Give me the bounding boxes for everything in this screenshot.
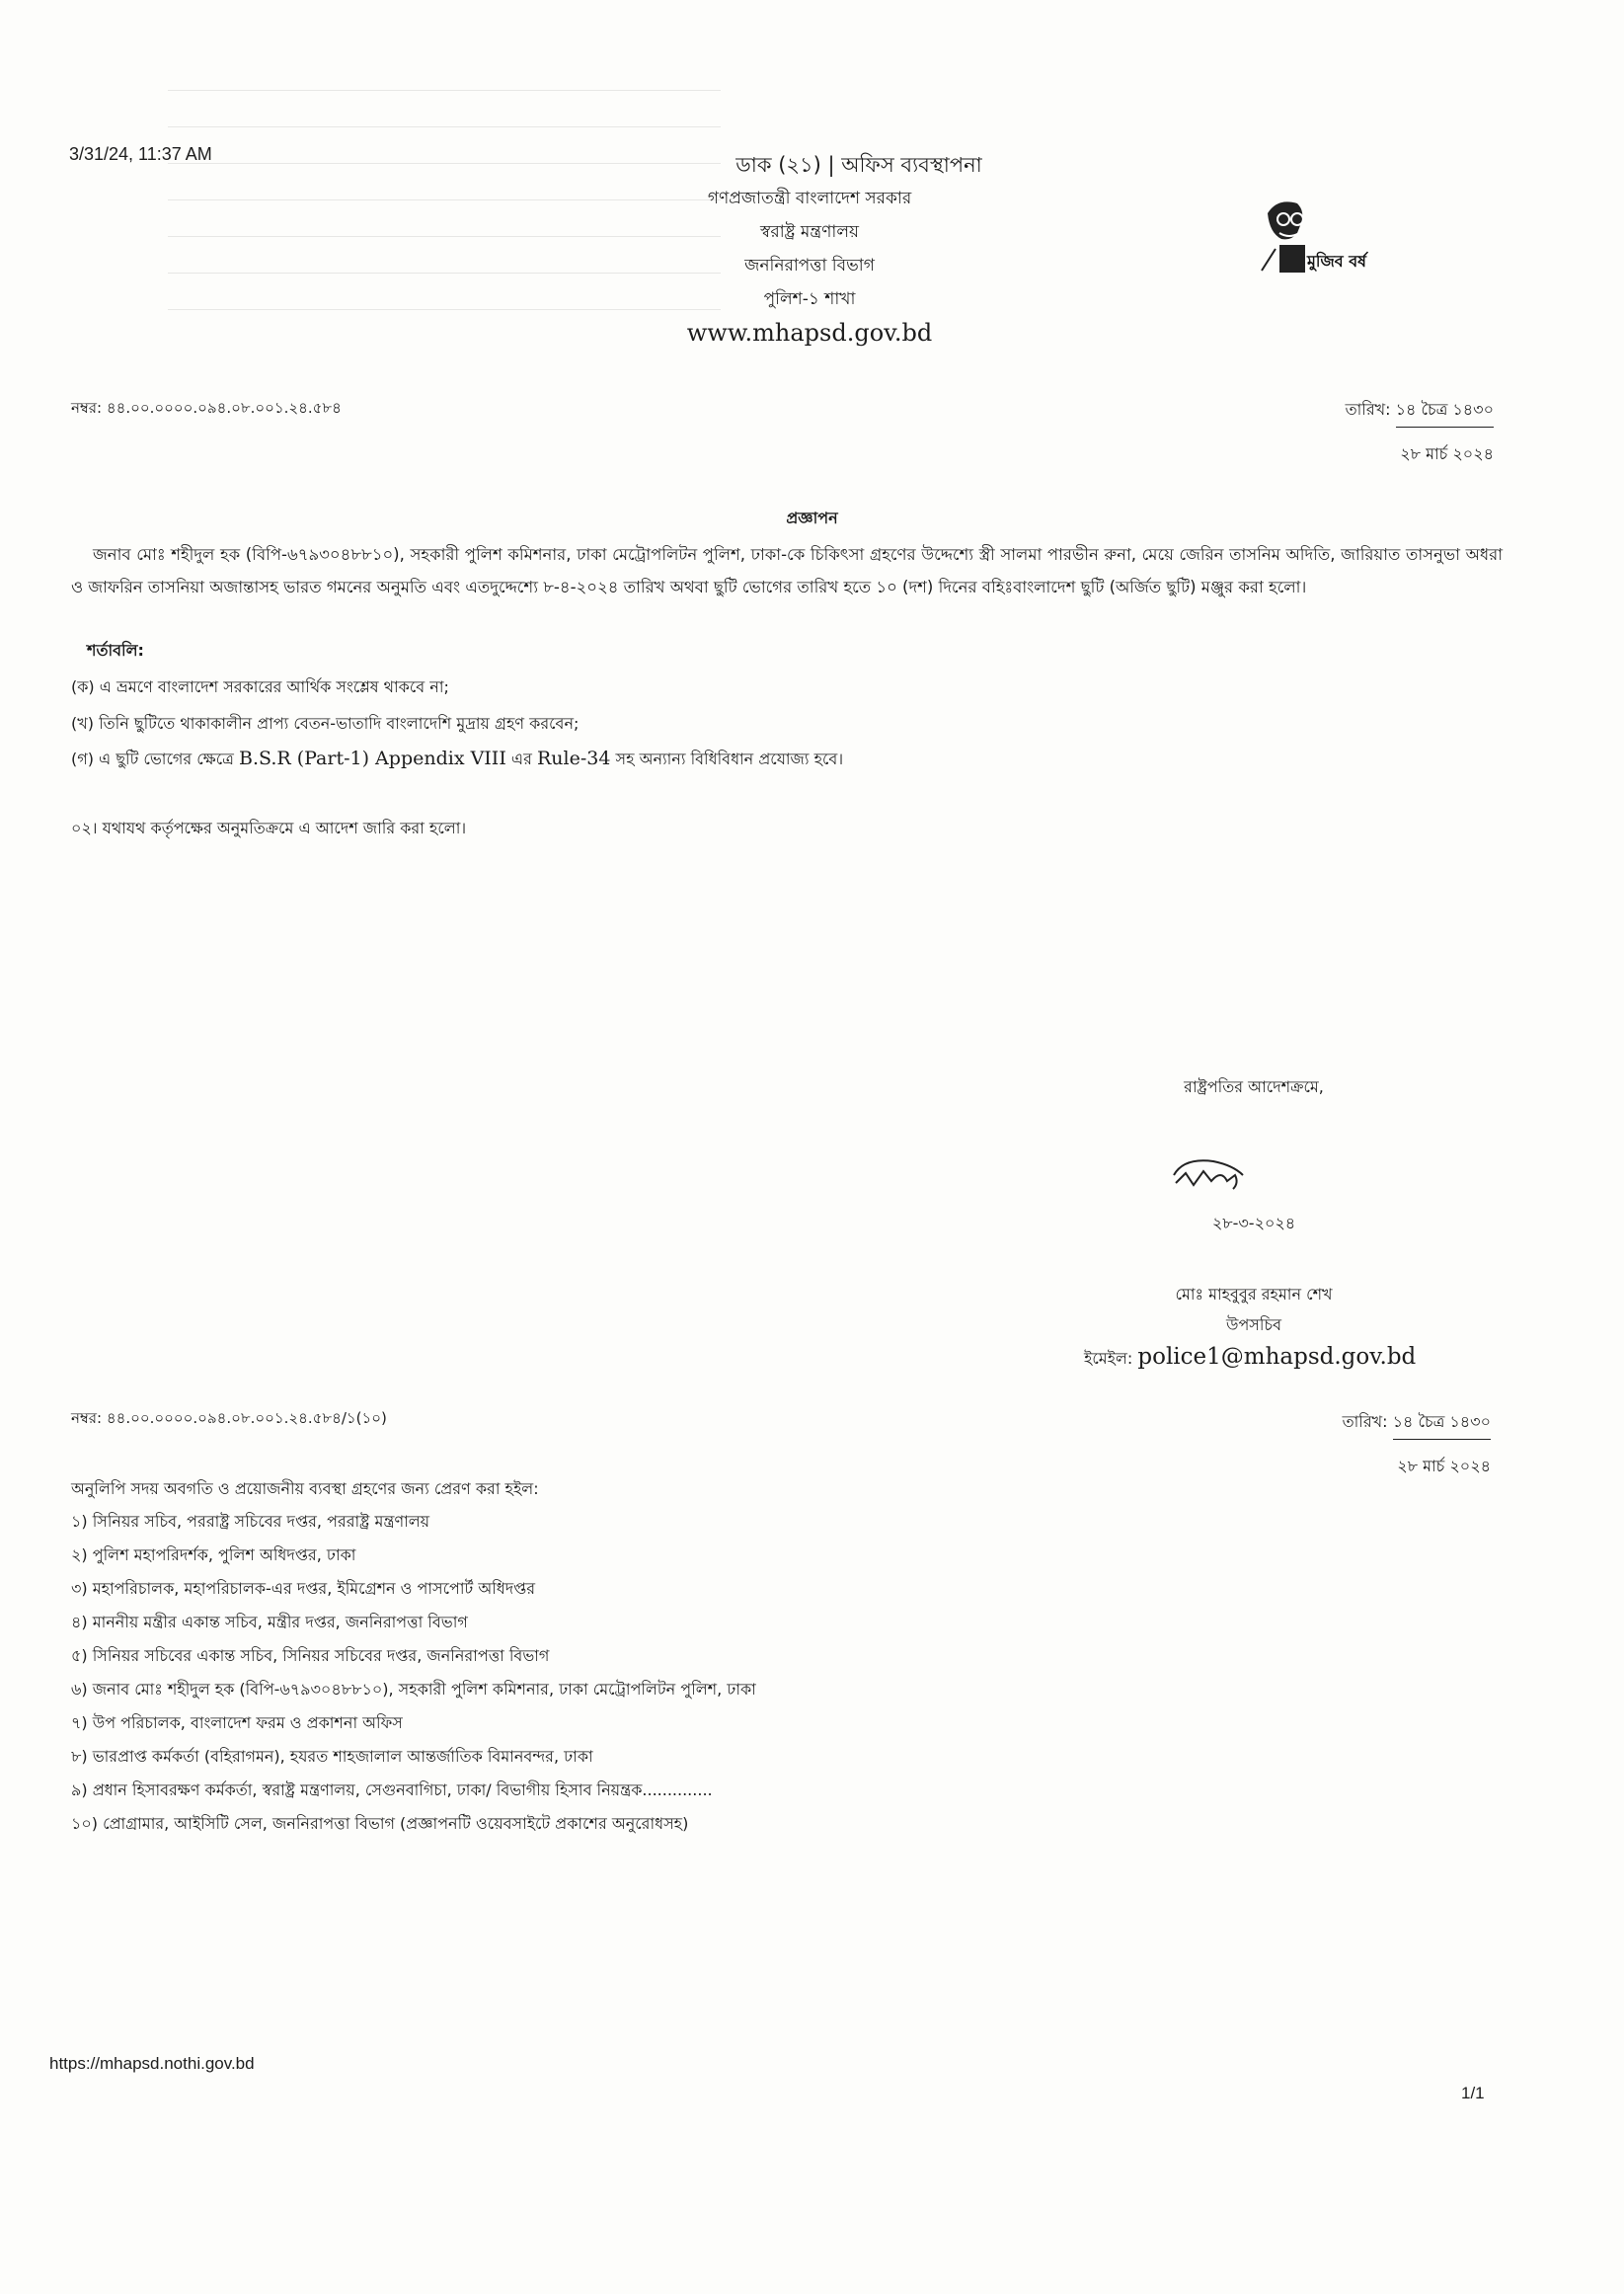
memo-date: তারিখ: ১৪ চৈত্র ১৪৩০ ২৮ মার্চ ২০২৪ — [1346, 397, 1494, 468]
recipient-item: ৫) সিনিয়র সচিবের একান্ত সচিব, সিনিয়র স… — [71, 1643, 549, 1670]
recipient-item: ৭) উপ পরিচালক, বাংলাদেশ ফরম ও প্রকাশনা অ… — [71, 1710, 403, 1737]
ministry-name: স্বরাষ্ট্র মন্ত্রণালয় — [592, 215, 1027, 249]
recipient-item: ৪) মাননীয় মন্ত্রীর একান্ত সচিব, মন্ত্রী… — [71, 1610, 468, 1636]
copy-intro: অনুলিপি সদয় অবগতি ও প্রয়োজনীয় ব্যবস্থ… — [71, 1476, 539, 1503]
branch-name: পুলিশ-১ শাখা — [592, 282, 1027, 316]
website-link[interactable]: www.mhapsd.gov.bd — [592, 316, 1027, 350]
date-label: তারিখ: — [1346, 400, 1391, 419]
conditions-heading: শর্তাবলি: — [87, 638, 144, 665]
dak-office-line: ডাক (২১) | অফিস ব্যবস্থাপনা — [592, 148, 1027, 182]
recipient-item: ১০) প্রোগ্রামার, আইসিটি সেল, জননিরাপত্তা… — [71, 1811, 688, 1838]
signatory-email: ইমেইল: police1@mhapsd.gov.bd — [1084, 1344, 1416, 1373]
by-order-line: রাষ্ট্রপতির আদেশক্রমে, — [1106, 1074, 1402, 1101]
copy-memo-number: নম্বর: ৪৪.০০.০০০০.০৯৪.০৮.০০১.২৪.৫৮৪/১(১০… — [71, 1407, 387, 1432]
signature-date: ২৮-৩-২০২৪ — [1106, 1211, 1402, 1237]
paragraph-2: ০২। যথাযথ কর্তৃপক্ষের অনুমতিক্রমে এ আদেশ… — [71, 816, 466, 842]
date-bangla: ১৪ চৈত্র ১৪৩০ — [1393, 1409, 1491, 1440]
condition-item: (খ) তিনি ছুটিতে থাকাকালীন প্রাপ্য বেতন-ভ… — [71, 711, 579, 738]
date-bangla: ১৪ চৈত্র ১৪৩০ — [1396, 397, 1494, 428]
memo-number: নম্বর: ৪৪.০০.০০০০.০৯৪.০৮.০০১.২৪.৫৮৪ — [71, 397, 342, 422]
copy-date: তারিখ: ১৪ চৈত্র ১৪৩০ ২৮ মার্চ ২০২৪ — [1343, 1409, 1491, 1480]
notification-title: প্রজ্ঞাপন — [0, 506, 1624, 532]
date-gregorian: ২৮ মার্চ ২০২৪ — [1346, 441, 1494, 468]
signatory-name: মোঃ মাহবুবুর রহমান শেখ — [1106, 1282, 1402, 1308]
svg-text:মুজিব বর্ষ: মুজিব বর্ষ — [1306, 251, 1368, 272]
condition-item: (গ) এ ছুটি ভোগের ক্ষেত্রে B.S.R (Part-1)… — [71, 747, 843, 773]
recipient-item: ১) সিনিয়র সচিব, পররাষ্ট্র সচিবের দপ্তর,… — [71, 1509, 429, 1536]
print-timestamp: 3/31/24, 11:37 AM — [69, 144, 212, 165]
government-name: গণপ্রজাতন্ত্রী বাংলাদেশ সরকার — [592, 182, 1027, 215]
condition-item: (ক) এ ভ্রমণে বাংলাদেশ সরকারের আর্থিক সংশ… — [71, 674, 449, 701]
recipient-item: ৯) প্রধান হিসাবরক্ষণ কর্মকর্তা, স্বরাষ্ট… — [71, 1778, 713, 1804]
signature-icon — [1170, 1153, 1249, 1193]
division-name: জননিরাপত্তা বিভাগ — [592, 249, 1027, 282]
recipient-item: ২) পুলিশ মহাপরিদর্শক, পুলিশ অধিদপ্তর, ঢা… — [71, 1543, 355, 1569]
email-link[interactable]: police1@mhapsd.gov.bd — [1137, 1344, 1416, 1370]
recipient-item: ৬) জনাব মোঃ শহীদুল হক (বিপি-৬৭৯৩০৪৮৮১০),… — [71, 1677, 756, 1703]
page-number: 1/1 — [1461, 2084, 1485, 2103]
letterhead: ডাক (২১) | অফিস ব্যবস্থাপনা গণপ্রজাতন্ত্… — [592, 148, 1027, 350]
signatory-designation: উপসচিব — [1106, 1312, 1402, 1339]
recipient-item: ৩) মহাপরিচালক, মহাপরিচালক-এর দপ্তর, ইমিগ… — [71, 1576, 535, 1603]
date-label: তারিখ: — [1343, 1412, 1388, 1431]
mujib-borsho-logo-icon: মুজিব বর্ষ — [1254, 194, 1382, 282]
notification-body: জনাব মোঃ শহীদুল হক (বিপি-৬৭৯৩০৪৮৮১০), সহ… — [71, 538, 1503, 603]
recipient-item: ৮) ভারপ্রাপ্ত কর্মকর্তা (বহিরাগমন), হযরত… — [71, 1744, 593, 1771]
footer-url[interactable]: https://mhapsd.nothi.gov.bd — [49, 2054, 255, 2074]
date-gregorian: ২৮ মার্চ ২০২৪ — [1343, 1454, 1491, 1480]
